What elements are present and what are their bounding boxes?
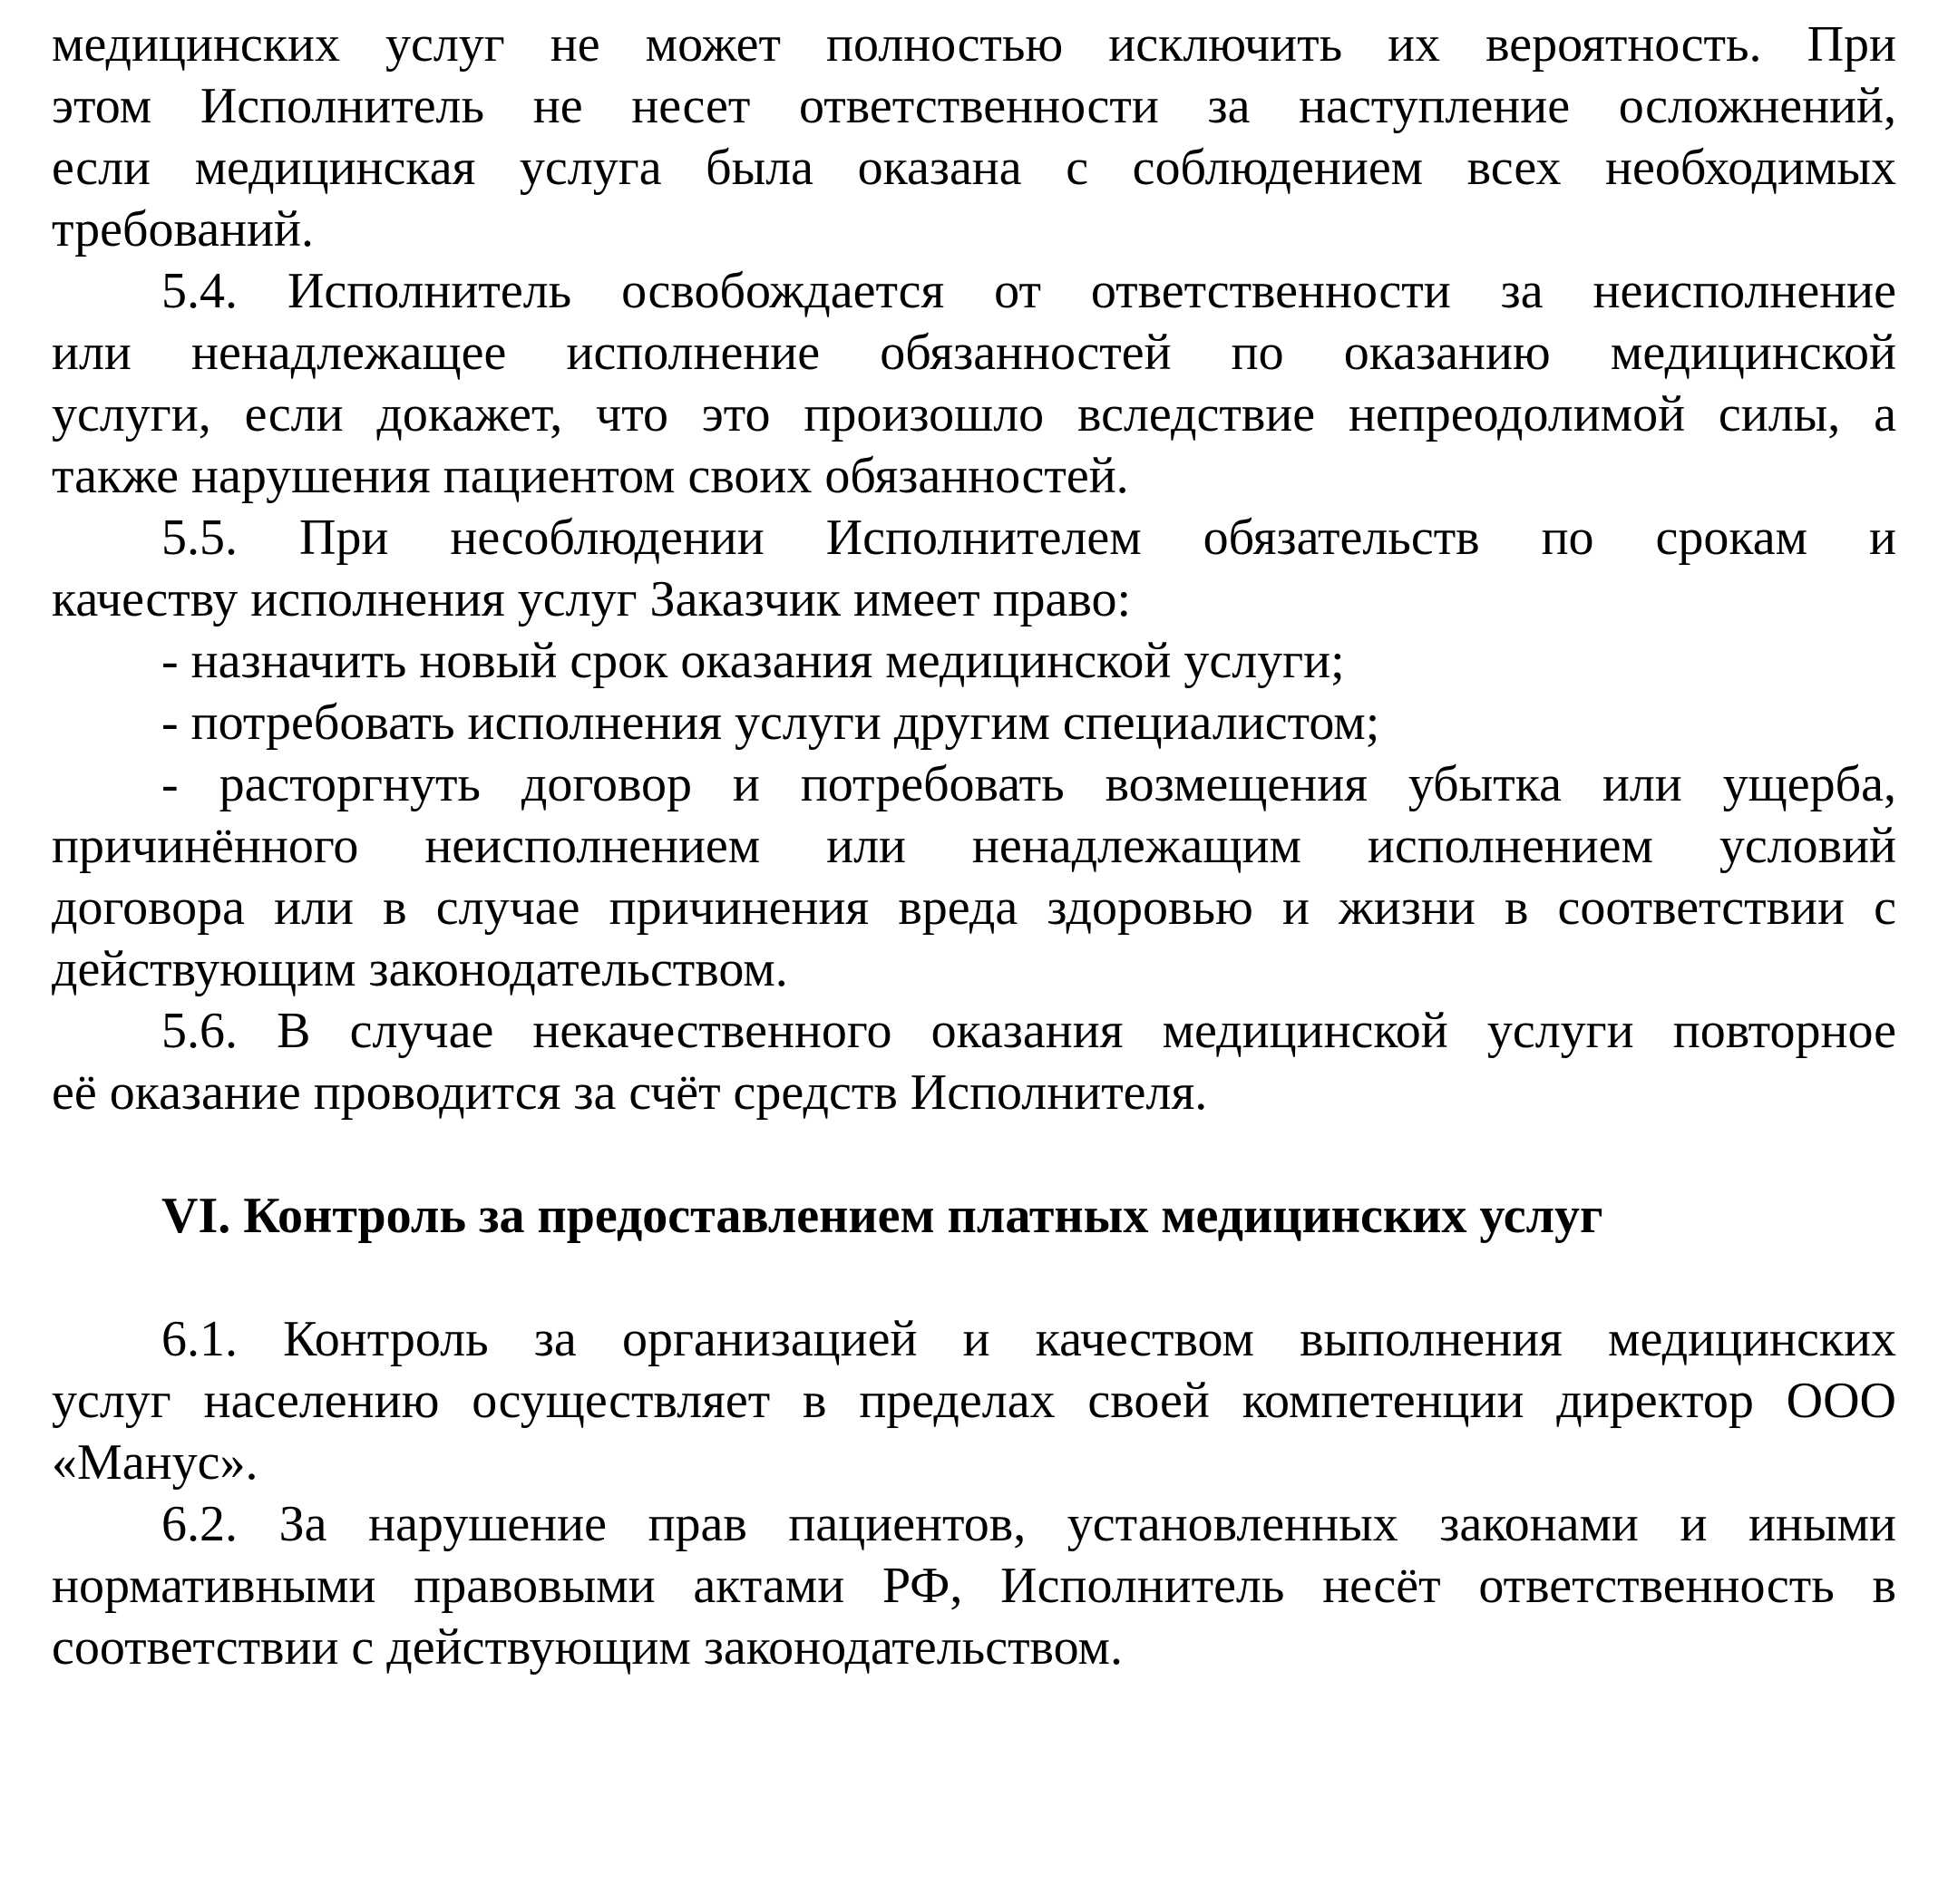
document-content: медицинских услуг не может полностью иск… [52, 14, 1896, 1678]
clause-5-6: 5.6. В случае некачественного оказания м… [52, 1000, 1896, 1123]
text-line: услуг населению осуществляет в пределах … [52, 1370, 1896, 1432]
text-line: договора или в случае причинения вреда з… [52, 877, 1896, 938]
text-line: или ненадлежащее исполнение обязанностей… [52, 322, 1896, 384]
text-line: медицинских услуг не может полностью иск… [52, 14, 1896, 75]
text-line: если медицинская услуга была оказана с с… [52, 137, 1896, 199]
clause-5-5: 5.5. При несоблюдении Исполнителем обяза… [52, 507, 1896, 630]
list-item-terminate-contract: - расторгнуть договор и потребовать возм… [52, 753, 1896, 1000]
text-line: этом Исполнитель не несет ответственност… [52, 75, 1896, 137]
text-line: - расторгнуть договор и потребовать возм… [52, 753, 1896, 815]
text-line: её оказание проводится за счёт средств И… [52, 1062, 1896, 1123]
text-line: 6.2. За нарушение прав пациентов, устано… [52, 1493, 1896, 1555]
text-line: действующим законодательством. [52, 938, 1896, 1000]
text-line: - назначить новый срок оказания медицинс… [52, 630, 1896, 692]
text-line: соответствии с действующим законодательс… [52, 1617, 1896, 1678]
text-line: качеству исполнения услуг Заказчик имеет… [52, 568, 1896, 630]
text-line: нормативными правовыми актами РФ, Исполн… [52, 1555, 1896, 1617]
clause-5-3-continuation: медицинских услуг не может полностью иск… [52, 14, 1896, 260]
section-heading-text: VI. Контроль за предоставлением платных … [52, 1185, 1896, 1247]
text-line: 5.6. В случае некачественного оказания м… [52, 1000, 1896, 1062]
text-line: 5.4. Исполнитель освобождается от ответс… [52, 260, 1896, 322]
clause-6-2: 6.2. За нарушение прав пациентов, устано… [52, 1493, 1896, 1678]
text-line: услуги, если докажет, что это произошло … [52, 384, 1896, 445]
text-line: - потребовать исполнения услуги другим с… [52, 692, 1896, 753]
text-line: также нарушения пациентом своих обязанно… [52, 445, 1896, 507]
clause-6-1: 6.1. Контроль за организацией и качество… [52, 1308, 1896, 1493]
section-6-heading: VI. Контроль за предоставлением платных … [52, 1185, 1896, 1247]
text-line: причинённого неисполнением или ненадлежа… [52, 815, 1896, 877]
text-line: требований. [52, 199, 1896, 260]
text-line: 6.1. Контроль за организацией и качество… [52, 1308, 1896, 1370]
clause-5-4: 5.4. Исполнитель освобождается от ответс… [52, 260, 1896, 507]
list-item-other-specialist: - потребовать исполнения услуги другим с… [52, 692, 1896, 753]
text-line: 5.5. При несоблюдении Исполнителем обяза… [52, 507, 1896, 568]
document-page: медицинских услуг не может полностью иск… [0, 0, 1948, 1904]
list-item-new-term: - назначить новый срок оказания медицинс… [52, 630, 1896, 692]
text-line: «Манус». [52, 1432, 1896, 1493]
